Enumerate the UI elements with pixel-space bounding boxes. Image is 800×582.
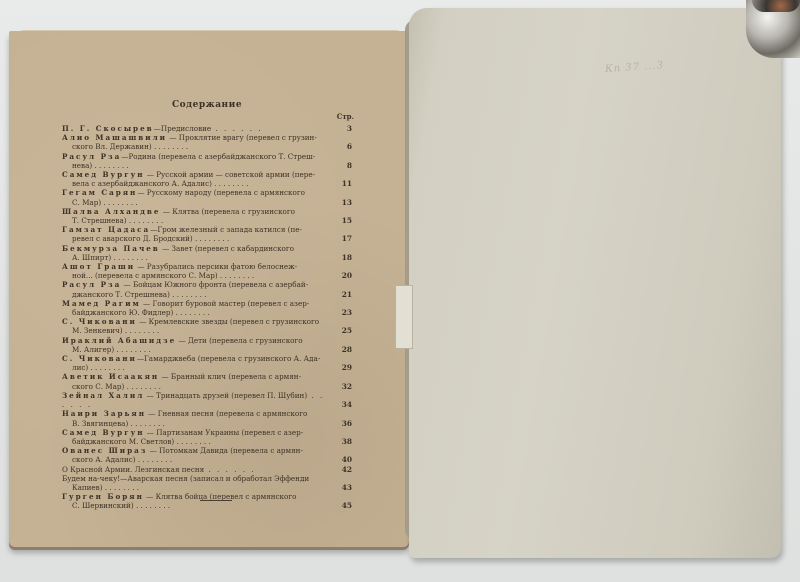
- entry-continuation: ского Вл. Державин) . . . . . . . .: [62, 142, 328, 151]
- toc-entry: Расул Рза—Родина (перевела с азербайджан…: [62, 152, 352, 170]
- entry-page-number: 23: [342, 308, 352, 317]
- toc-entry: Наири Зарьян — Гневная песня (перевела с…: [62, 409, 352, 427]
- toc-title: Содержание: [62, 100, 352, 110]
- toc-entry: П. Г. Скосырев—Предисловие . . . . . .3: [62, 124, 352, 133]
- entry-author: Зейнал Халил: [62, 391, 144, 400]
- entry-author: Расул Рза: [62, 280, 121, 289]
- entry-continuation: нева) . . . . . . . .: [62, 161, 328, 170]
- entry-page-number: 25: [342, 326, 352, 335]
- entry-title: О Красной Армии. Лезгинская песня: [62, 465, 204, 474]
- entry-page-number: 36: [342, 419, 352, 428]
- entry-title: — Гневная песня (перевела с армянского: [146, 409, 307, 418]
- entry-author: С. Чиковани: [62, 317, 137, 326]
- entry-title: —Предисловие: [154, 124, 212, 133]
- entry-title: —Гамарджвеба (перевела с грузинского А. …: [137, 354, 320, 363]
- entry-author: Аветик Исаакян: [62, 372, 159, 381]
- toc-entry: Ираклий Абашидзе — Дети (перевела с груз…: [62, 336, 352, 354]
- entry-continuation: А. Шпирт) . . . . . . . .: [62, 253, 328, 262]
- toc-entry: Будем на-чеку!—Аварская песня (записал и…: [62, 474, 352, 492]
- entry-title: Будем на-чеку!—Аварская песня (записал и…: [62, 474, 309, 483]
- toc-entry: Алио Машашвили — Проклятие врагу (переве…: [62, 133, 352, 151]
- toc-entry: Самед Вургун — Партизанам Украины (перев…: [62, 428, 352, 446]
- toc-entry: Мамед Рагим — Говорит буровой мастер (пе…: [62, 299, 352, 317]
- entry-continuation: М. Зенкевич) . . . . . . . .: [62, 326, 328, 335]
- entry-page-number: 11: [342, 179, 352, 188]
- toc-entry: Гегам Сарян— Русскому народу (перевела с…: [62, 188, 352, 206]
- entry-continuation: С. Мар) . . . . . . . .: [62, 198, 328, 207]
- entry-page-number: 28: [342, 345, 352, 354]
- entry-author: Наири Зарьян: [62, 409, 146, 418]
- entry-author: Ираклий Абашидзе: [62, 336, 176, 345]
- toc-entry: Зейнал Халил — Тринадцать друзей (переве…: [62, 391, 352, 409]
- entry-continuation: ревел с аварского Д. Бродский) . . . . .…: [62, 234, 328, 243]
- entry-page-number: 42: [342, 465, 352, 474]
- entry-continuation: В. Звягинцева) . . . . . . . .: [62, 419, 328, 428]
- end-rule: [200, 500, 232, 501]
- page-column-header: Стр.: [62, 112, 354, 121]
- entry-author: Ашот Граши: [62, 262, 135, 271]
- entry-author: Ованес Шираз: [62, 446, 147, 455]
- toc-entry: Гамзат Цадаса—Гром железный с запада кат…: [62, 225, 352, 243]
- entry-author: Мамед Рагим: [62, 299, 141, 308]
- toc-entry: Ованес Шираз — Потомкам Давида (перевела…: [62, 446, 352, 464]
- entry-page-number: 13: [342, 198, 352, 207]
- entry-continuation: ского С. Мар) . . . . . . . .: [62, 382, 328, 391]
- entry-author: Самед Вургун: [62, 170, 144, 179]
- entry-title: — Русской армии — советской армии (пере-: [144, 170, 315, 179]
- entry-continuation: Капиев) . . . . . . . .: [62, 483, 328, 492]
- entry-title: —Гром железный с запада катился (пе-: [150, 225, 302, 234]
- entry-continuation: С. Шервинский) . . . . . . . .: [62, 501, 328, 510]
- entry-page-number: 8: [347, 161, 352, 170]
- toc-entry: Ашот Граши — Разубрались персики фатою б…: [62, 262, 352, 280]
- toc-entry: Аветик Исаакян — Бранный клич (перевела …: [62, 372, 352, 390]
- entry-continuation: Т. Стрешнева) . . . . . . . .: [62, 216, 328, 225]
- entry-title: — Говорит буровой мастер (перевел с азер…: [141, 299, 309, 308]
- toc-entry: Бекмурза Пачев — Завет (перевел с кабард…: [62, 244, 352, 262]
- entry-page-number: 34: [342, 400, 352, 409]
- entry-title: — Проклятие врагу (перевел с грузин-: [167, 133, 317, 142]
- entry-author: Гурген Борян: [62, 492, 144, 501]
- spine-tab: [395, 285, 413, 349]
- right-page-blank: [409, 8, 781, 558]
- toc-entry: О Красной Армии. Лезгинская песня . . . …: [62, 465, 352, 474]
- entry-continuation: ной... (перевела с армянского С. Мар) . …: [62, 271, 328, 280]
- entry-continuation: ского А. Адалис) . . . . . . . .: [62, 455, 328, 464]
- leader-dots: . . . . . .: [211, 124, 262, 133]
- entry-title: — Русскому народу (перевела с армянского: [137, 188, 305, 197]
- entry-title: — Бойцам Южного фронта (перевела с азерб…: [121, 280, 308, 289]
- entry-page-number: 29: [342, 363, 352, 372]
- entry-continuation: байджанского М. Светлов) . . . . . . . .: [62, 437, 328, 446]
- entry-author: Гамзат Цадаса: [62, 225, 150, 234]
- entry-title: — Кремлевские звезды (перевел с грузинск…: [137, 317, 319, 326]
- entry-author: Гегам Сарян: [62, 188, 137, 197]
- entry-page-number: 38: [342, 437, 352, 446]
- entry-author: Алио Машашвили: [62, 133, 167, 142]
- toc-entry: Шалва Алхандве — Клятва (перевела с груз…: [62, 207, 352, 225]
- entry-title: — Тринадцать друзей (перевел П. Шубин): [144, 391, 307, 400]
- entry-title: — Клятва (перевела с грузинского: [160, 207, 295, 216]
- leader-dots: . . . . . .: [204, 465, 255, 474]
- metal-weight-rim: [752, 0, 800, 12]
- entry-author: Расул Рза: [62, 152, 121, 161]
- entry-title: —Родина (перевела с азербайджанского Т. …: [121, 152, 315, 161]
- entry-page-number: 6: [347, 142, 352, 151]
- toc-entry: Самед Вургун — Русской армии — советской…: [62, 170, 352, 188]
- table-of-contents: Содержание Стр. П. Г. Скосырев—Предислов…: [62, 100, 352, 511]
- entry-page-number: 32: [342, 382, 352, 391]
- entry-author: С. Чиковани: [62, 354, 137, 363]
- entry-author: Бекмурза Пачев: [62, 244, 160, 253]
- entry-author: Шалва Алхандве: [62, 207, 160, 216]
- entry-page-number: 40: [342, 455, 352, 464]
- entry-continuation: лис) . . . . . . . .: [62, 363, 328, 372]
- entry-page-number: 45: [342, 501, 352, 510]
- entry-continuation: байджанского Ю. Фидлер) . . . . . . . .: [62, 308, 328, 317]
- entry-title: — Разубрались персики фатою белоснеж-: [135, 262, 297, 271]
- entry-page-number: 21: [342, 290, 352, 299]
- toc-entry: Гурген Борян — Клятва бойца (перевел с а…: [62, 492, 352, 510]
- entry-page-number: 18: [342, 253, 352, 262]
- entry-continuation: джанского Т. Стрешнева) . . . . . . . .: [62, 290, 328, 299]
- entry-author: П. Г. Скосырев: [62, 124, 154, 133]
- toc-entry: С. Чиковани — Кремлевские звезды (переве…: [62, 317, 352, 335]
- entry-title: — Дети (перевела с грузинского: [176, 336, 302, 345]
- entry-author: Самед Вургун: [62, 428, 144, 437]
- toc-entries: П. Г. Скосырев—Предисловие . . . . . .3А…: [62, 124, 352, 511]
- entry-page-number: 43: [342, 483, 352, 492]
- entry-continuation: вела с азербайджанского А. Адалис) . . .…: [62, 179, 328, 188]
- entry-page-number: 3: [347, 124, 352, 133]
- entry-title: — Завет (перевел с кабардинского: [160, 244, 294, 253]
- toc-entry: С. Чиковани—Гамарджвеба (перевела с груз…: [62, 354, 352, 372]
- entry-continuation: М. Алигер) . . . . . . . .: [62, 345, 328, 354]
- entry-title: — Партизанам Украины (перевел с азер-: [144, 428, 303, 437]
- entry-page-number: 15: [342, 216, 352, 225]
- entry-page-number: 20: [342, 271, 352, 280]
- entry-title: — Бранный клич (перевела с армян-: [159, 372, 301, 381]
- entry-page-number: 17: [342, 234, 352, 243]
- toc-entry: Расул Рза — Бойцам Южного фронта (переве…: [62, 280, 352, 298]
- entry-title: — Потомкам Давида (перевела с армян-: [147, 446, 303, 455]
